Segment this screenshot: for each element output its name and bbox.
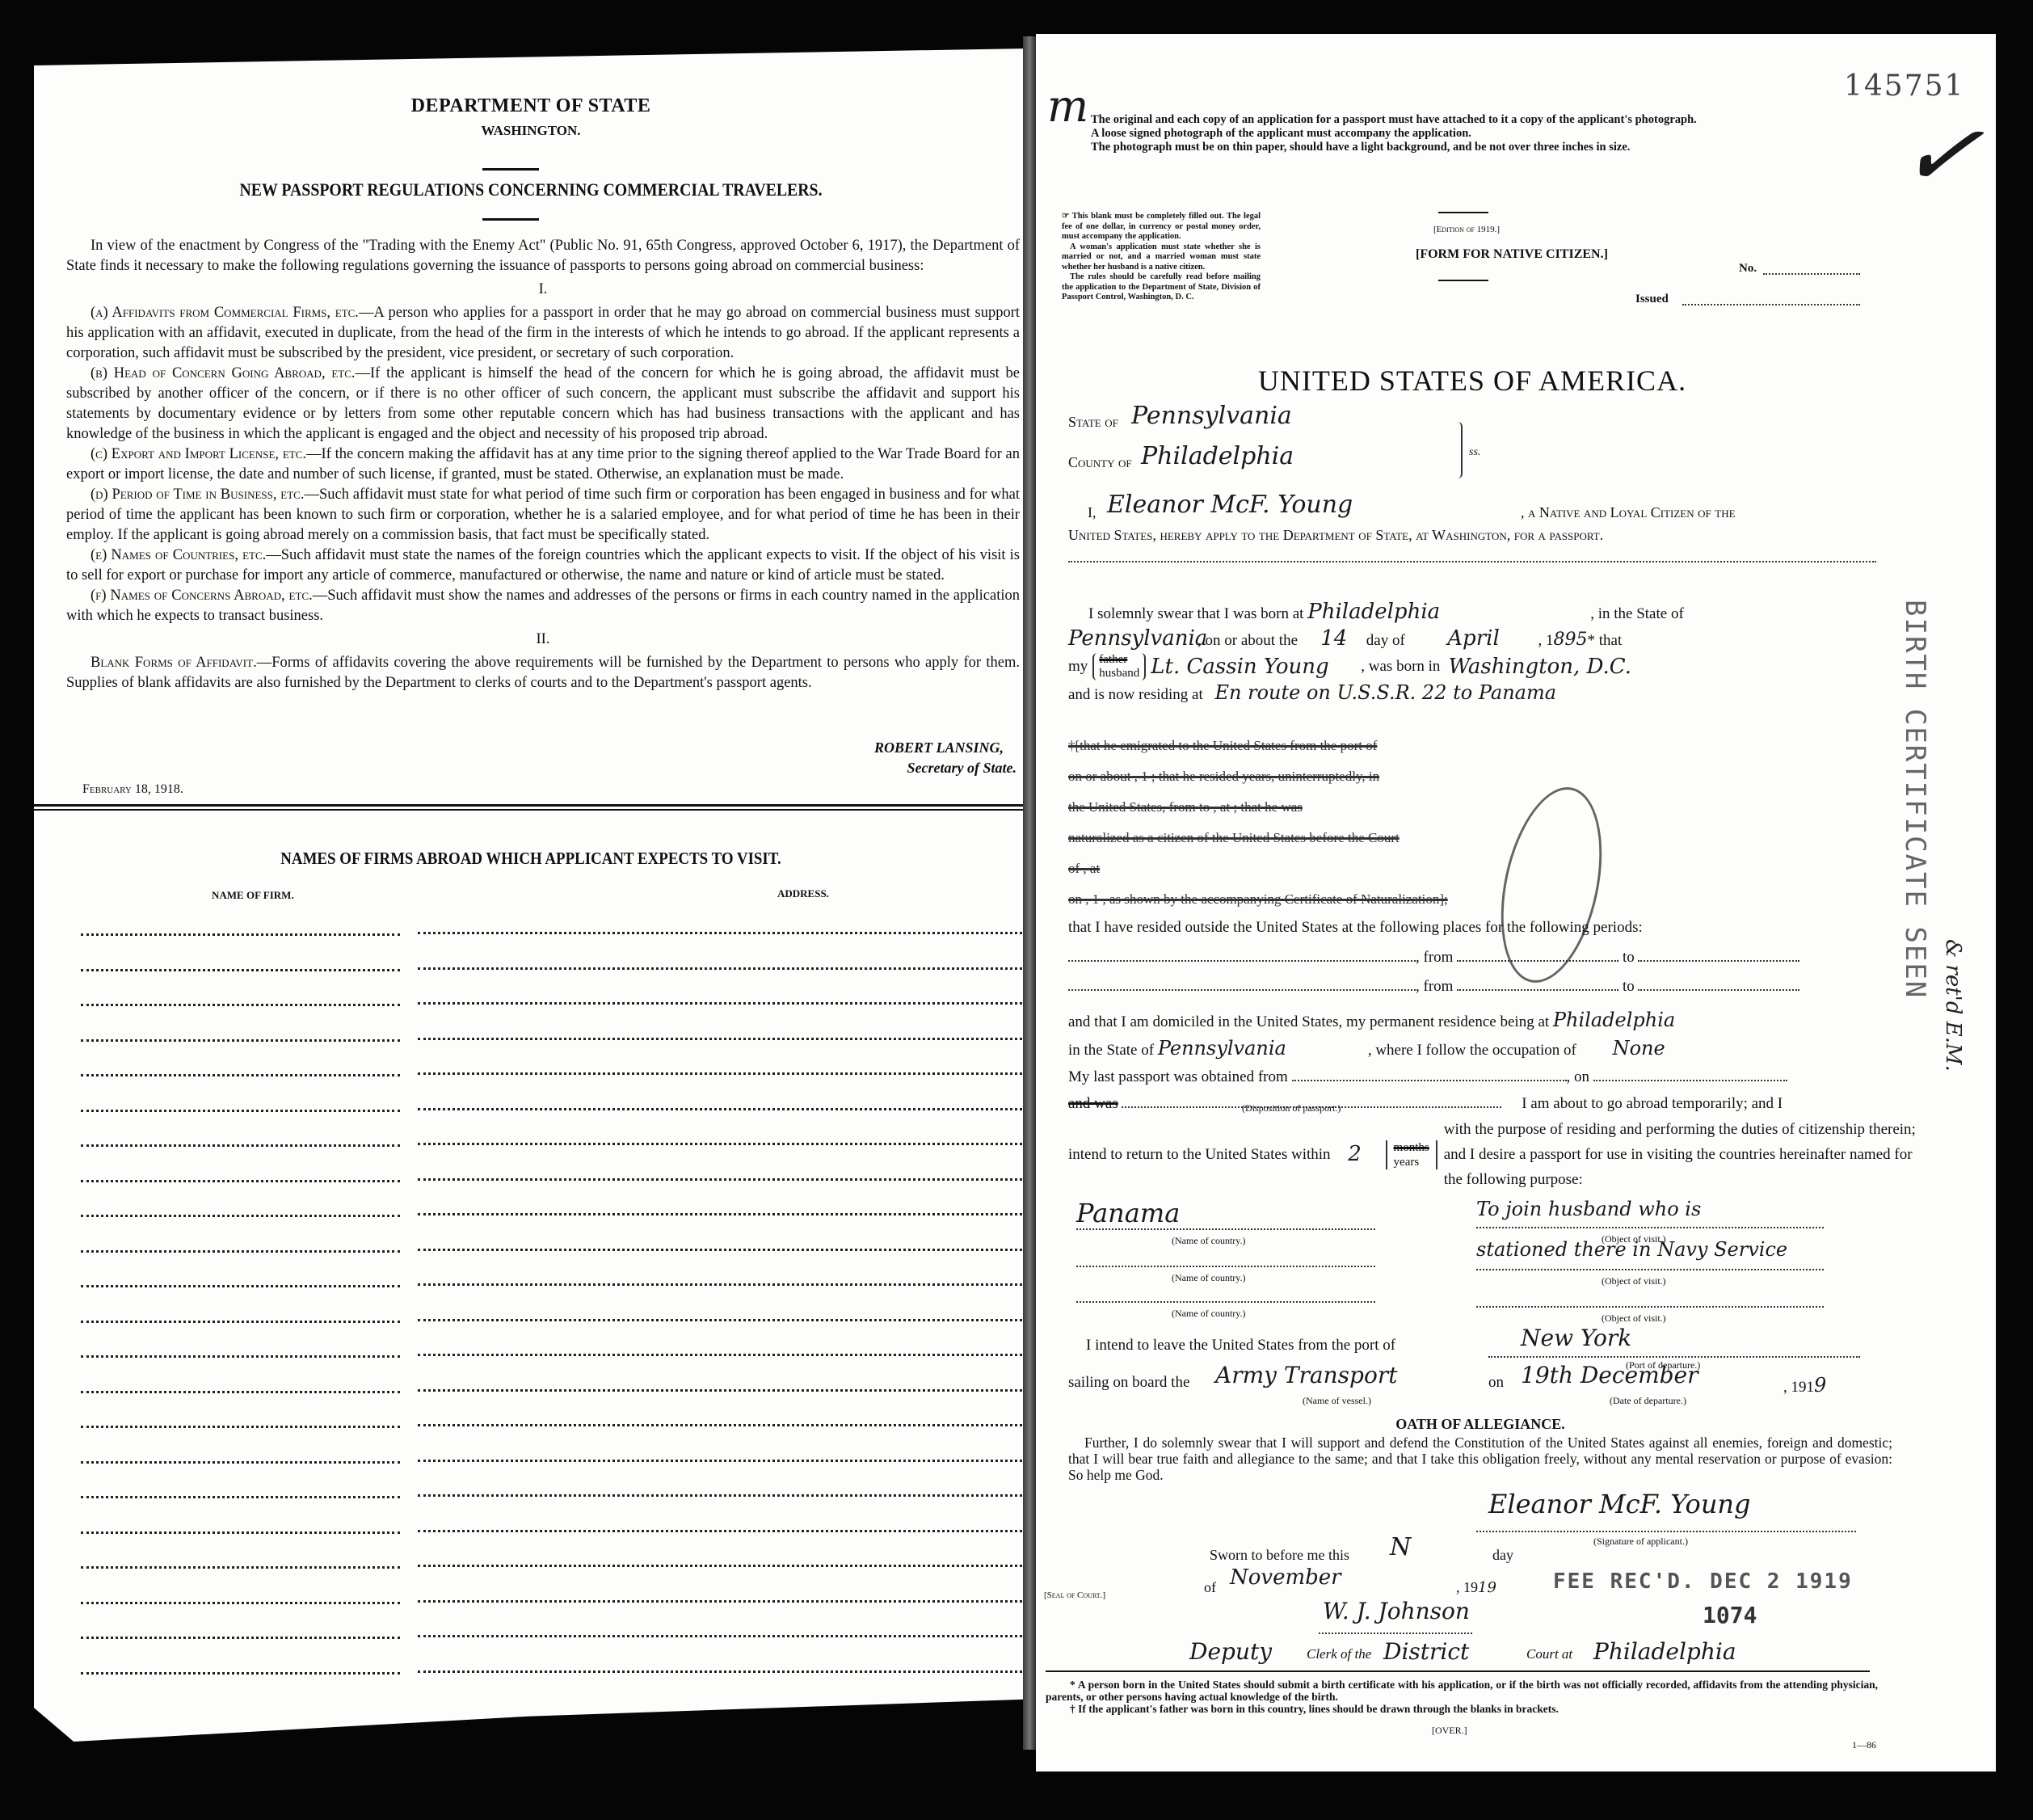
port-field: New York [1521,1325,1631,1351]
binding-gutter [1023,36,1036,1750]
form-type-label: [FORM FOR NATIVE CITIZEN.] [1416,247,1608,262]
firm-name-line [81,1637,400,1639]
divider [1438,280,1488,281]
firm-address-line [418,932,1028,934]
firm-address-line [418,1600,1028,1603]
apply-text: United States, hereby apply to the Depar… [1068,527,1603,544]
sworn-month-field: November [1230,1565,1341,1590]
blank-line [1068,561,1876,562]
country-caption: (Name of country.) [1172,1308,1246,1320]
firm-name-line [81,1355,400,1358]
section-divider [34,809,1028,811]
firm-name-line [81,1285,400,1287]
struck-naturalization-section: †[that he emigrated to the United States… [1068,731,1909,915]
firm-name-line [81,1426,400,1428]
firms-column-address: ADDRESS. [777,887,829,900]
issued-field [1682,304,1860,305]
clerk-signature: W. J. Johnson [1323,1598,1470,1624]
vessel-field: Army Transport [1215,1362,1397,1388]
section-e: (e) Names of Countries, etc.—Such affida… [66,546,1020,586]
margin-mark: m [1047,81,1088,132]
birth-certificate-seen-stamp: BIRTH CERTIFICATE SEEN [1899,600,1931,999]
occupation-field: None [1613,1037,1665,1060]
firms-title: NAMES OF FIRMS ABROAD WHICH APPLICANT EX… [84,849,979,869]
firm-name-line [81,1496,400,1498]
object-caption: (Object of visit.) [1602,1312,1666,1325]
months-option: months [1394,1140,1429,1155]
divider [482,218,539,221]
firm-address-line [418,1249,1028,1251]
footnote-divider [1046,1670,1870,1672]
firm-name-line [81,1250,400,1253]
firm-name-line [81,1566,400,1569]
day-label: day [1492,1547,1513,1564]
divider [482,168,539,171]
object-field-2: stationed there in Navy Service [1476,1238,1787,1261]
firm-name-line [81,1004,400,1006]
applicant-prefix: I, [1088,504,1096,521]
court-name-field: District [1383,1638,1469,1665]
firm-address-line [418,1319,1028,1321]
check-mark-icon: ✓ [1893,94,1989,217]
firm-address-line [418,1565,1028,1567]
birth-section: I solemnly swear that I was born at Phil… [1068,600,1909,707]
firm-address-line [418,1635,1028,1637]
birth-day-field: 14 [1302,626,1366,651]
country-line [1076,1301,1375,1303]
court-city-field: Philadelphia [1593,1638,1736,1665]
issued-label: Issued [1635,293,1669,306]
firm-name-line [81,969,400,971]
footnotes: * A person born in the United States sho… [1046,1679,1878,1715]
object-field-1: To join husband who is [1476,1198,1701,1220]
object-line [1476,1306,1824,1308]
firm-address-line [418,1143,1028,1145]
signer-name: ROBERT LANSING, [874,739,1004,756]
on-text: on [1488,1374,1504,1392]
husband-name-field: Lt. Cassin Young [1151,655,1361,679]
departure-caption: (Date of departure.) [1610,1395,1686,1407]
stamp-number: 1074 [1703,1602,1757,1628]
object-caption: (Object of visit.) [1602,1275,1666,1287]
oath-text: Further, I do solemnly swear that I will… [1068,1435,1892,1483]
return-duration-field: 2 [1331,1142,1379,1167]
domicile-state-field: Pennsylvania [1158,1035,1368,1062]
years-option: years [1394,1155,1429,1169]
firm-address-line [418,1038,1028,1040]
object-line [1476,1269,1824,1270]
firm-name-line [81,1602,400,1604]
firm-name-line [81,1039,400,1042]
clerk-of-text: Clerk of the [1307,1646,1371,1662]
regulations-date: February 18, 1918. [82,782,183,797]
sworn-text: Sworn to before me this [1210,1547,1349,1564]
firm-address-line [418,1354,1028,1356]
department-heading: DEPARTMENT OF STATE [34,95,1028,117]
country-caption: (Name of country.) [1172,1272,1246,1284]
firm-address-line [418,1530,1028,1532]
object-line [1476,1227,1824,1228]
firm-name-line [81,1110,400,1112]
fee-received-stamp: FEE REC'D. DEC 2 1919 [1553,1569,1853,1594]
section-b: (b) Head of Concern Going Abroad, etc.—I… [66,364,1020,444]
domicile-section: and that I am domiciled in the United St… [1068,1007,1917,1117]
port-line [1488,1356,1860,1358]
bracket [1456,422,1463,478]
country-field-1: Panama [1076,1198,1180,1228]
firm-name-line [81,1144,400,1147]
residence-period-row: , from to [1068,978,1909,996]
state-label: State of [1068,414,1118,431]
citizen-text: , a Native and Loyal Citizen of the [1521,504,1736,521]
firm-address-line [418,967,1028,970]
left-page: DEPARTMENT OF STATE WASHINGTON. NEW PASS… [34,48,1028,1742]
disposition-caption: (Disposition of passport.) [1242,1102,1341,1114]
firm-address-line [418,1178,1028,1181]
applicant-name: Eleanor McF. Young [1107,491,1353,519]
husband-birthplace-field: Washington, D.C. [1448,655,1631,679]
vessel-caption: (Name of vessel.) [1303,1395,1371,1407]
firm-name-line [81,1531,400,1534]
application-number: 145751 [1844,70,1964,103]
scan-border [1996,0,2033,1820]
firm-address-line [418,1213,1028,1215]
firm-name-line [81,1180,400,1182]
county-label: County of [1068,454,1132,471]
country-line [1076,1266,1375,1267]
regulations-title: NEW PASSPORT REGULATIONS CONCERNING COMM… [84,179,979,200]
birth-month-field: April [1409,626,1538,651]
instructions-box: ☞ This blank must be completely filled o… [1062,212,1261,303]
over-label: [OVER.] [1432,1725,1467,1737]
return-section: intend to return to the United States wi… [1068,1117,1917,1192]
husband-option: husband [1099,667,1139,680]
returned-note: & ret'd E.M. [1941,939,1965,1072]
section-a: (a) Affidavits from Commercial Firms, et… [66,303,1020,364]
sworn-year: , 1919 [1456,1579,1496,1596]
of-label: of [1204,1579,1216,1596]
photo-notice: The original and each copy of an applica… [1091,113,1867,154]
residence-period-row: , from to [1068,949,1909,967]
firm-address-line [418,1002,1028,1005]
section-f: (f) Names of Concerns Abroad, etc.—Such … [66,586,1020,626]
clerk-prefix: Deputy [1189,1638,1272,1665]
firm-name-line [81,933,400,936]
section-two-heading: II. [66,630,1020,650]
section-divider [34,804,1028,807]
ss-label: ss. [1469,446,1480,459]
firm-address-line [418,1108,1028,1110]
firm-name-line [81,1672,400,1675]
signature-caption: (Signature of applicant.) [1593,1536,1688,1548]
right-page: m 145751 ✓ The original and each copy of… [1036,34,1997,1772]
city-heading: WASHINGTON. [34,123,1028,139]
blank-forms-paragraph: Blank Forms of Affidavit.—Forms of affid… [66,653,1020,693]
firm-address-line [418,1072,1028,1075]
sailing-text: sailing on board the [1068,1374,1189,1392]
divider [1438,212,1488,213]
state-value: Pennsylvania [1131,402,1292,430]
birth-year-field: 895 [1554,630,1588,650]
edition-label: [Edition of 1919.] [1433,225,1500,234]
firm-address-line [418,1389,1028,1392]
residence-field: En route on U.S.S.R. 22 to Panama [1215,681,1557,704]
firm-address-line [418,1670,1028,1673]
country-title: UNITED STATES OF AMERICA. [1157,364,1787,398]
firms-column-name: NAME OF FIRM. [212,889,294,902]
firm-name-line [81,1461,400,1464]
firm-name-line [81,1391,400,1393]
right-footer-mark: 1—86 [1852,1739,1876,1751]
applicant-signature: Eleanor McF. Young [1488,1489,1751,1519]
firm-name-line [81,1215,400,1217]
court-at-text: Court at [1526,1646,1572,1662]
country-caption: (Name of country.) [1172,1235,1246,1247]
number-field [1763,273,1860,275]
signer-title: Secretary of State. [907,760,1016,777]
birthplace-field: Philadelphia [1307,600,1590,624]
country-line [1076,1228,1375,1230]
birth-state-field: Pennsylvania [1068,626,1197,651]
domicile-city-field: Philadelphia [1553,1009,1675,1031]
regulations-body: In view of the enactment by Congress of … [66,236,1020,693]
leave-text: I intend to leave the United States from… [1086,1337,1395,1354]
firm-address-line [418,1460,1028,1462]
signature-line [1476,1531,1856,1532]
firm-address-line [418,1424,1028,1426]
father-option: father [1099,653,1139,667]
firm-address-line [418,1283,1028,1286]
departure-date-field: 19th December [1521,1362,1698,1388]
section-c: (c) Export and Import License, etc.—If t… [66,444,1020,485]
sworn-day-field: N [1390,1533,1411,1561]
firm-address-line [418,1494,1028,1497]
oath-title: OATH OF ALLEGIANCE. [1036,1416,1925,1433]
seal-label: [Seal of Court.] [1044,1590,1105,1600]
firm-name-line [81,1321,400,1323]
clerk-signature-line [1319,1633,1472,1634]
resided-outside-text: that I have resided outside the United S… [1068,919,1643,937]
departure-year: , 1919 [1783,1374,1826,1397]
section-one-heading: I. [66,280,1020,300]
intro-paragraph: In view of the enactment by Congress of … [66,236,1020,276]
firm-name-line [81,1074,400,1076]
county-value: Philadelphia [1141,442,1294,470]
left-footer-mark: 1—67 [987,1715,1012,1727]
number-label: No. [1739,262,1757,276]
section-d: (d) Period of Time in Business, etc.—Suc… [66,485,1020,546]
